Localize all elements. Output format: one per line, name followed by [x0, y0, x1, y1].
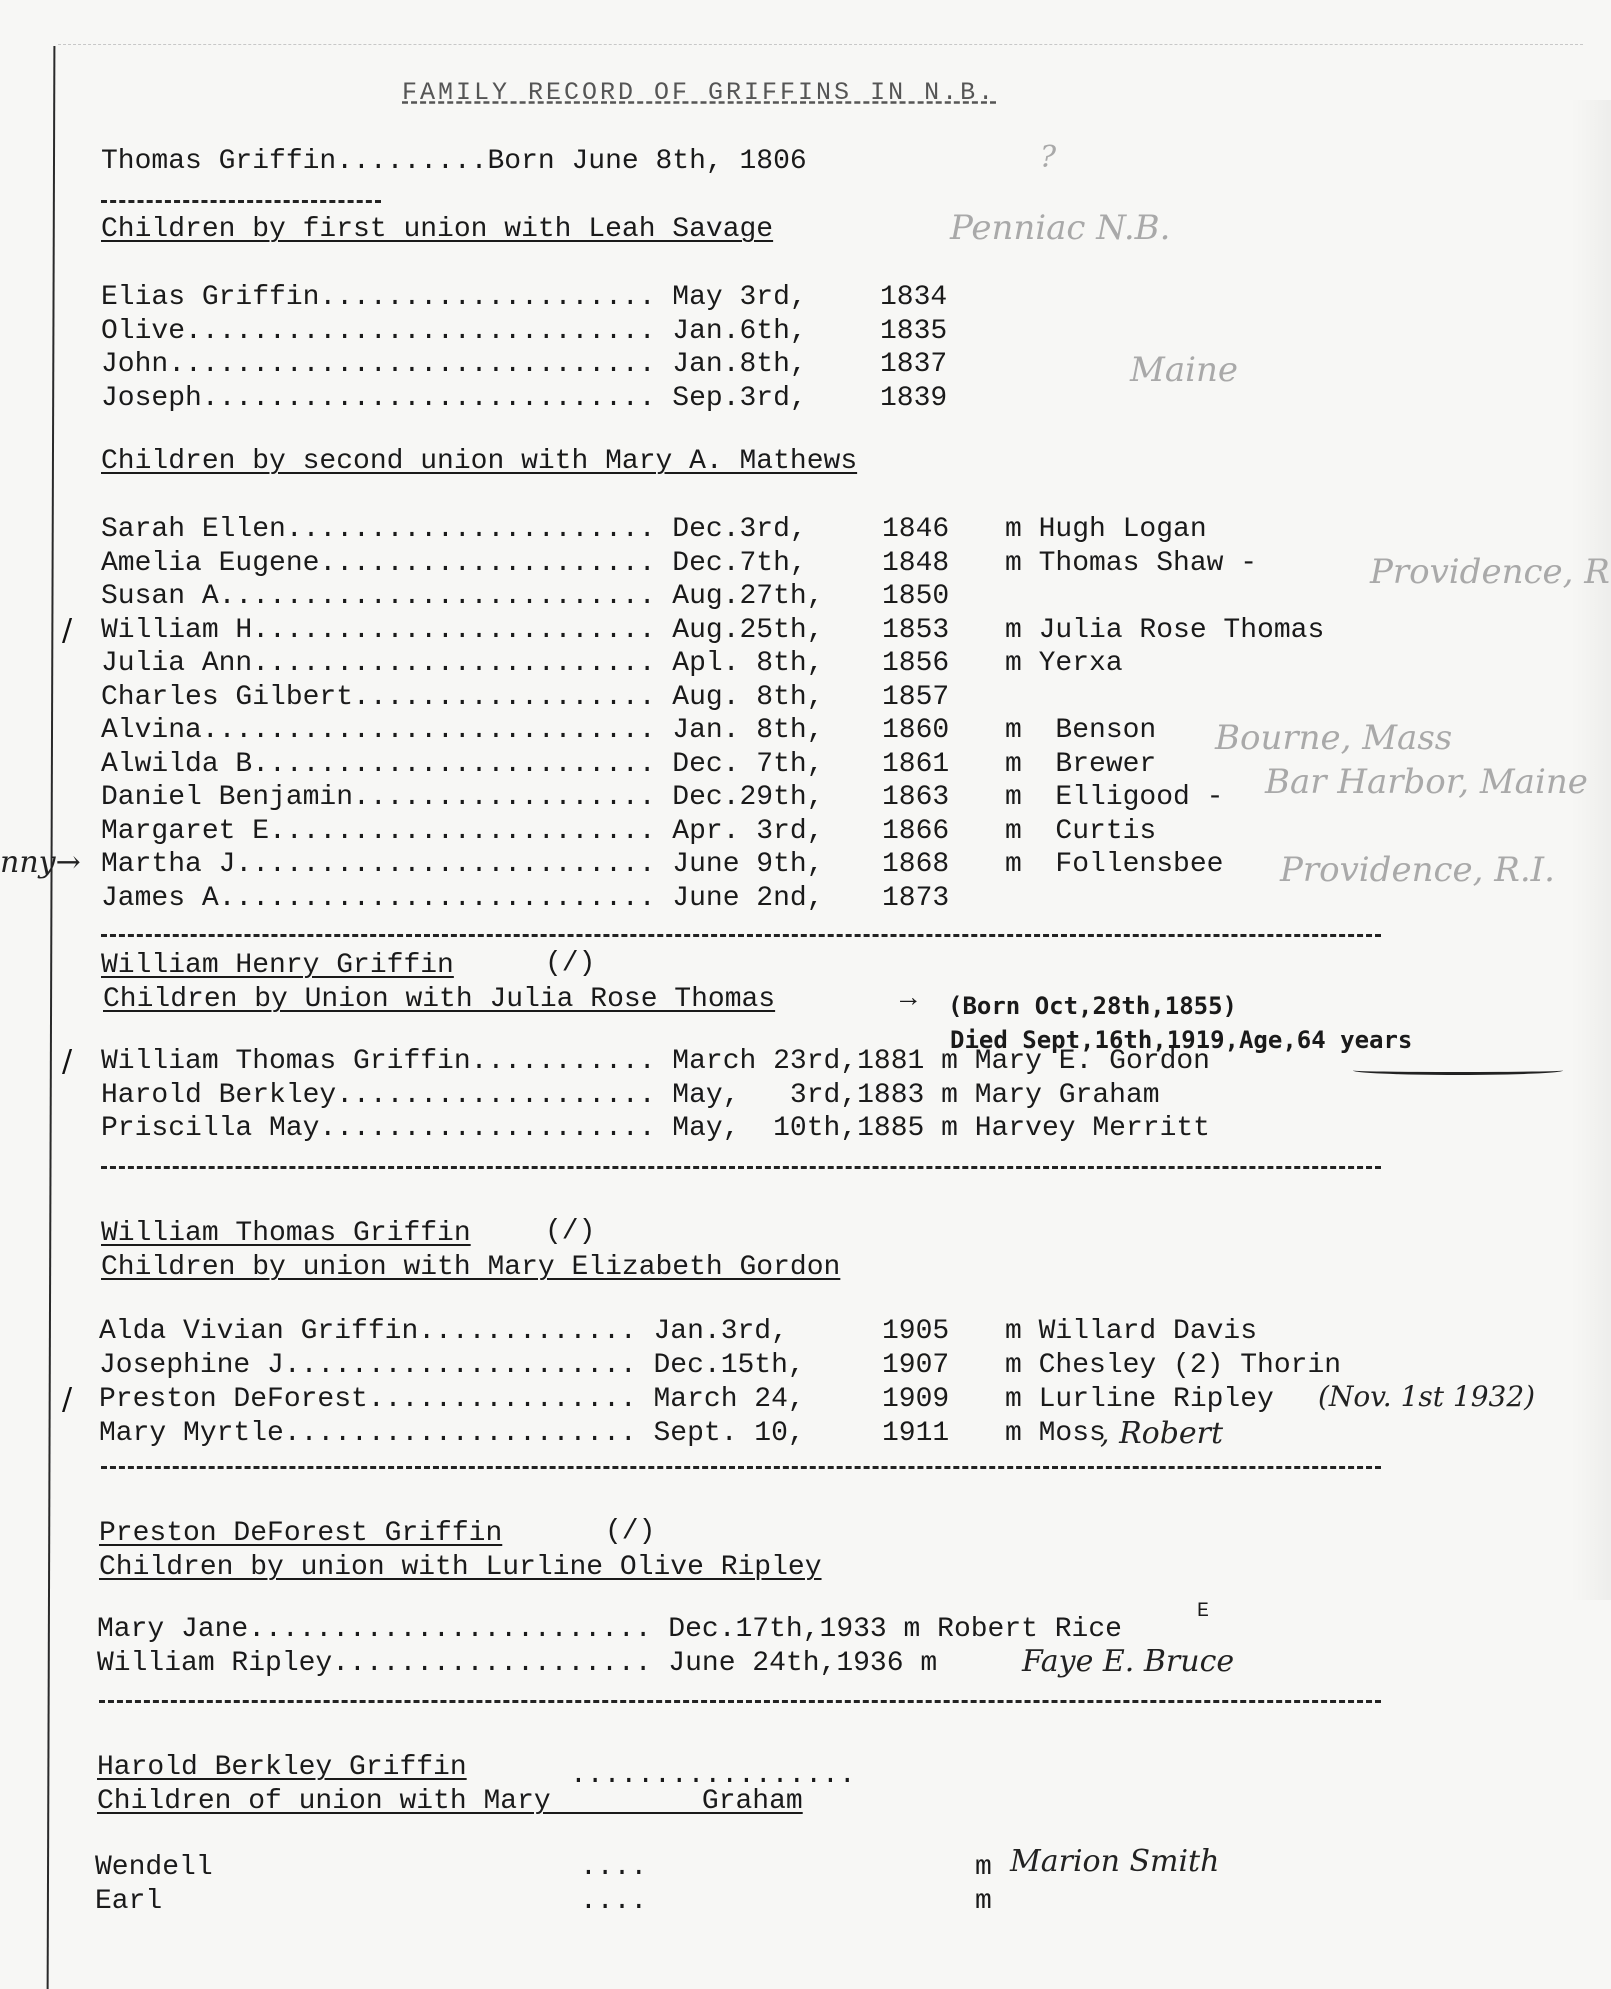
section-parent: Harold Berkley Griffin — [97, 1752, 467, 1784]
margin-note: Penniac N.B. — [950, 208, 1170, 248]
child-row: Alda Vivian Griffin............. Jan.3rd… — [99, 1316, 788, 1348]
section-heading: Children by Union with Julia Rose Thomas — [103, 984, 775, 1016]
birth-year: 1905 — [882, 1316, 949, 1348]
birth-year: 1837 — [880, 349, 947, 381]
child-name: Wendell — [95, 1852, 213, 1884]
section-parent: William Henry Griffin — [101, 950, 454, 982]
birth-year: 1909 — [882, 1384, 949, 1416]
handwritten-note: , Robert — [1100, 1416, 1223, 1451]
check-mark: (/) — [605, 1516, 655, 1548]
child-row: Alwilda B........................ Dec. 7… — [101, 749, 824, 781]
divider — [99, 1700, 1381, 1703]
birth-year: 1839 — [880, 383, 947, 415]
birth-year: 1860 — [882, 715, 949, 747]
arrow-icon: → — [900, 984, 917, 1016]
page-left-edge — [47, 46, 56, 1989]
child-name: Earl — [95, 1886, 162, 1918]
spouse: m Brewer — [1005, 749, 1156, 781]
birth-year: 1856 — [882, 648, 949, 680]
check-mark: / — [62, 1044, 72, 1079]
divider — [101, 1466, 1381, 1469]
birth-year: 1873 — [882, 883, 949, 915]
section-heading: Children by union with Mary Elizabeth Go… — [101, 1252, 840, 1284]
child-row: Olive............................ Jan.6t… — [101, 316, 807, 348]
question-note: ? — [1040, 140, 1056, 175]
birth-year: 1846 — [882, 514, 949, 546]
handwritten-note: nny→ — [0, 845, 81, 880]
check-mark: (/) — [545, 1216, 595, 1248]
child-row: Priscilla May.................... May, 1… — [101, 1113, 1210, 1145]
birth-year: 1863 — [882, 782, 949, 814]
child-row: Harold Berkley................... May, 3… — [101, 1080, 1160, 1112]
child-row: William Thomas Griffin........... March … — [101, 1046, 1210, 1078]
birth-year: 1853 — [882, 615, 949, 647]
child-row: James A.......................... June 2… — [101, 883, 824, 915]
child-row: Amelia Eugene.................... Dec.7t… — [101, 548, 807, 580]
section-parent: William Thomas Griffin — [101, 1218, 471, 1250]
margin-note: Bourne, Mass — [1215, 718, 1452, 758]
section-parent: Preston DeForest Griffin — [99, 1518, 502, 1550]
child-row: Martha J......................... June 9… — [101, 849, 824, 881]
child-row: William H........................ Aug.25… — [101, 615, 824, 647]
birth-year: 1857 — [882, 682, 949, 714]
document-title: FAMILY RECORD OF GRIFFINS IN N.B. — [402, 78, 996, 107]
divider — [101, 934, 1381, 937]
dot-leader: .... — [580, 1886, 647, 1918]
dot-leader: .... — [580, 1852, 647, 1884]
child-row: Elias Griffin.................... May 3r… — [101, 282, 807, 314]
child-row: Preston DeForest................ March 2… — [99, 1384, 805, 1416]
check-mark: / — [62, 613, 72, 648]
marriage-indicator: m — [975, 1886, 992, 1918]
superscript-note: E — [1197, 1596, 1209, 1628]
section-heading: Children of union with Mary Graham — [97, 1786, 803, 1818]
child-row: William Ripley................... June 2… — [97, 1648, 937, 1680]
divider — [101, 200, 381, 203]
spouse: m Benson — [1005, 715, 1156, 747]
page-top-edge — [58, 44, 1583, 46]
margin-note: Maine — [1130, 350, 1238, 390]
marriage-indicator: m — [975, 1852, 992, 1884]
spouse: m Curtis — [1005, 816, 1156, 848]
child-row: Alvina........................... Jan. 8… — [101, 715, 824, 747]
margin-note: Bar Harbor, Maine — [1265, 762, 1588, 802]
spouse: m Thomas Shaw - — [1005, 548, 1257, 580]
birth-year: 1835 — [880, 316, 947, 348]
spouse: m Elligood - — [1005, 782, 1223, 814]
child-row: Susan A.......................... Aug.27… — [101, 581, 824, 613]
section-heading: Children by union with Lurline Olive Rip… — [99, 1552, 822, 1584]
child-row: Mary Myrtle..................... Sept. 1… — [99, 1418, 805, 1450]
spouse: m Julia Rose Thomas — [1005, 615, 1324, 647]
child-row: Daniel Benjamin.................. Dec.29… — [101, 782, 824, 814]
spouse: m Follensbee — [1005, 849, 1223, 881]
section-heading: Children by first union with Leah Savage — [101, 214, 773, 246]
child-row: Charles Gilbert.................. Aug. 8… — [101, 682, 824, 714]
spouse: m Willard Davis — [1005, 1316, 1257, 1348]
birth-year: 1911 — [882, 1418, 949, 1450]
birth-year: 1907 — [882, 1350, 949, 1382]
spouse: m Lurline Ripley — [1005, 1384, 1274, 1416]
margin-note: Providence, R.I. — [1280, 850, 1555, 890]
child-row: Josephine J..................... Dec.15t… — [99, 1350, 805, 1382]
head-line: Thomas Griffin.........Born June 8th, 18… — [101, 146, 807, 178]
child-row: Sarah Ellen...................... Dec.3r… — [101, 514, 807, 546]
birth-year: 1866 — [882, 816, 949, 848]
spouse: m Hugh Logan — [1005, 514, 1207, 546]
handwritten-note: Faye E. Bruce — [1022, 1644, 1234, 1679]
handwritten-note: Marion Smith — [1010, 1844, 1219, 1879]
child-row: John............................. Jan.8t… — [101, 349, 807, 381]
side-note: (Born Oct,28th,1855) — [948, 992, 1237, 1020]
child-row: Mary Jane........................ Dec.17… — [97, 1614, 1122, 1646]
birth-year: 1848 — [882, 548, 949, 580]
birth-year: 1868 — [882, 849, 949, 881]
section-heading: Children by second union with Mary A. Ma… — [101, 446, 857, 478]
margin-note: Providence, R.I. — [1370, 552, 1611, 592]
birth-year: 1861 — [882, 749, 949, 781]
check-mark: (/) — [545, 948, 595, 980]
check-mark: / — [62, 1382, 72, 1417]
spouse: m Chesley (2) Thorin — [1005, 1350, 1341, 1382]
divider — [101, 1166, 1381, 1169]
spouse: m Yerxa — [1005, 648, 1123, 680]
child-row: Margaret E....................... Apr. 3… — [101, 816, 824, 848]
wavy-underline — [1353, 1066, 1563, 1075]
spouse: m Moss — [1005, 1418, 1106, 1450]
birth-year: 1850 — [882, 581, 949, 613]
birth-year: 1834 — [880, 282, 947, 314]
child-row: Joseph........................... Sep.3r… — [101, 383, 807, 415]
child-row: Julia Ann........................ Apl. 8… — [101, 648, 824, 680]
handwritten-note: (Nov. 1st 1932) — [1318, 1380, 1535, 1413]
scan-shadow — [1571, 100, 1611, 1600]
